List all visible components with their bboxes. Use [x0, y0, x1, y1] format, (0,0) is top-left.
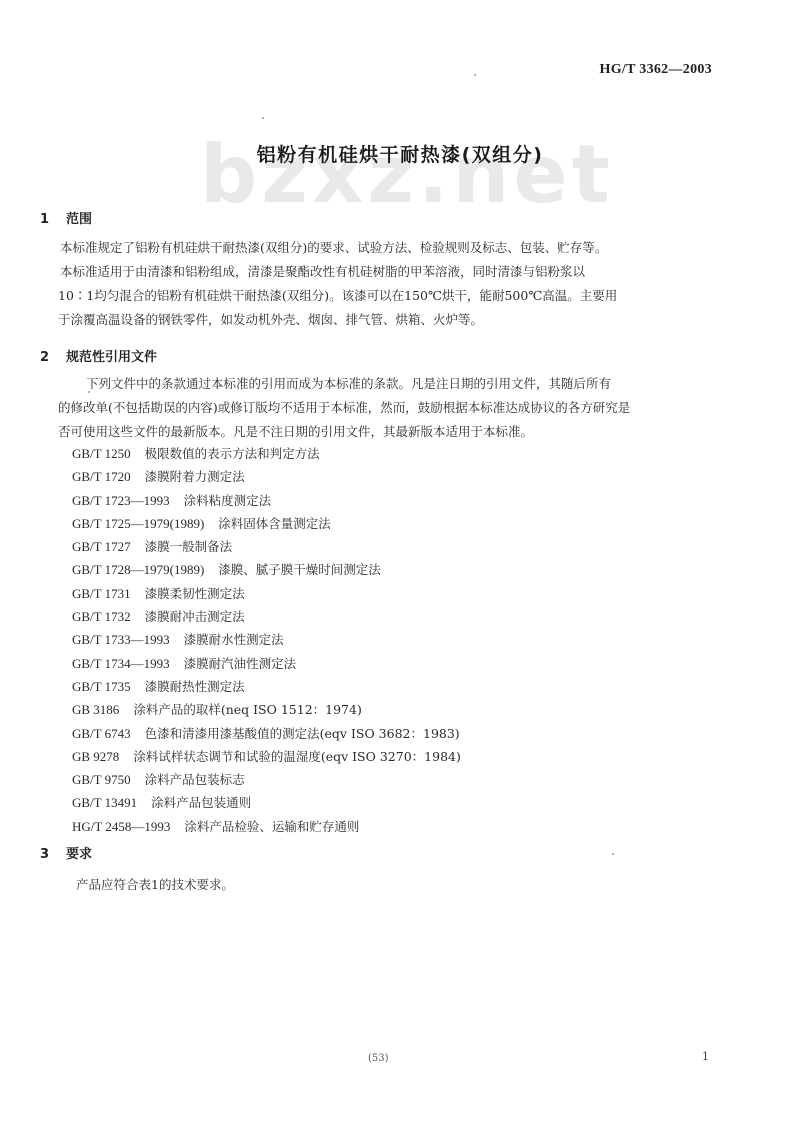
reference-item: GB/T 1734—1993漆膜耐汽油性测定法	[72, 652, 461, 675]
paragraph-line: 下列文件中的条款通过本标准的引用而成为本标准的条款。凡是注日期的引用文件，其随后…	[60, 372, 720, 396]
reference-title: 漆膜耐汽油性测定法	[184, 656, 297, 671]
section-3-body: 产品应符合表1的技术要求。	[76, 875, 234, 893]
section-1-heading: 1范围	[40, 208, 92, 227]
standard-code: HG/T 3362—2003	[600, 62, 712, 78]
reference-code: GB/T 1733—1993	[72, 632, 170, 647]
reference-code: GB/T 1720	[72, 469, 131, 484]
reference-title: 涂料产品的取样(neq ISO 1512：1974)	[133, 702, 362, 717]
paragraph-line: 本标准规定了铝粉有机硅烘干耐热漆(双组分)的要求、试验方法、检验规则及标志、包装…	[60, 236, 720, 260]
reference-item: HG/T 2458—1993涂料产品检验、运输和贮存通则	[72, 815, 461, 838]
paragraph-line: 的修改单(不包括勘误的内容)或修订版均不适用于本标准，然而，鼓励根据本标准达成协…	[58, 396, 720, 420]
section-1-body: 本标准规定了铝粉有机硅烘干耐热漆(双组分)的要求、试验方法、检验规则及标志、包装…	[60, 236, 720, 332]
reference-code: GB/T 13491	[72, 795, 137, 810]
reference-item: GB/T 1727漆膜一般制备法	[72, 535, 461, 558]
reference-code: GB/T 1728—1979(1989)	[72, 562, 204, 577]
reference-item: GB/T 1733—1993漆膜耐水性测定法	[72, 628, 461, 651]
paragraph-line: 否可使用这些文件的最新版本。凡是不注日期的引用文件，其最新版本适用于本标准。	[58, 420, 720, 444]
reference-code: GB 3186	[72, 702, 119, 717]
reference-title: 漆膜、腻子膜干燥时间测定法	[218, 562, 381, 577]
reference-title: 色漆和清漆用漆基酸值的测定法(eqv ISO 3682：1983)	[145, 726, 460, 741]
reference-title: 涂料固体含量测定法	[218, 516, 331, 531]
reference-code: GB/T 1732	[72, 609, 131, 624]
reference-code: GB/T 1725—1979(1989)	[72, 516, 204, 531]
reference-item: GB/T 1731漆膜柔韧性测定法	[72, 582, 461, 605]
reference-title: 涂料产品检验、运输和贮存通则	[184, 819, 359, 834]
section-2-heading: 2规范性引用文件	[40, 346, 157, 365]
scan-speck	[612, 853, 614, 855]
reference-title: 漆膜柔韧性测定法	[145, 586, 245, 601]
reference-item: GB/T 1250极限数值的表示方法和判定方法	[72, 442, 461, 465]
reference-code: GB/T 1727	[72, 539, 131, 554]
section-number: 3	[40, 847, 66, 862]
corner-mark: 1	[702, 1050, 709, 1063]
reference-item: GB/T 1728—1979(1989)漆膜、腻子膜干燥时间测定法	[72, 558, 461, 581]
paragraph-line: 10∶1均匀混合的铝粉有机硅烘干耐热漆(双组分)。该漆可以在150℃烘干，能耐5…	[58, 284, 720, 308]
reference-code: GB/T 1734—1993	[72, 656, 170, 671]
section-title: 要求	[66, 847, 92, 862]
reference-title: 涂料产品包装标志	[145, 772, 245, 787]
reference-code: HG/T 2458—1993	[72, 819, 170, 834]
reference-code: GB/T 9750	[72, 772, 131, 787]
paragraph-line: 于涂覆高温设备的钢铁零件，如发动机外壳、烟囱、排气管、烘箱、火炉等。	[58, 308, 720, 332]
reference-title: 漆膜一般制备法	[145, 539, 233, 554]
reference-item: GB/T 1735漆膜耐热性测定法	[72, 675, 461, 698]
page-number: (53)	[368, 1053, 389, 1064]
reference-title: 漆膜耐热性测定法	[145, 679, 245, 694]
reference-title: 漆膜耐冲击测定法	[145, 609, 245, 624]
section-number: 2	[40, 350, 66, 365]
section-title: 规范性引用文件	[66, 350, 157, 365]
reference-code: GB/T 1735	[72, 679, 131, 694]
reference-code: GB 9278	[72, 749, 119, 764]
reference-item: GB/T 13491涂料产品包装通则	[72, 791, 461, 814]
paragraph-line: 本标准适用于由清漆和铝粉组成，清漆是聚酯改性有机硅树脂的甲苯溶液，同时清漆与铝粉…	[60, 260, 720, 284]
reference-code: GB/T 1723—1993	[72, 493, 170, 508]
reference-item: GB/T 1725—1979(1989)涂料固体含量测定法	[72, 512, 461, 535]
reference-title: 漆膜附着力测定法	[145, 469, 245, 484]
reference-item: GB/T 1720漆膜附着力测定法	[72, 465, 461, 488]
reference-item: GB/T 1732漆膜耐冲击测定法	[72, 605, 461, 628]
reference-title: 极限数值的表示方法和判定方法	[145, 446, 320, 461]
document-title: 铝粉有机硅烘干耐热漆(双组分)	[0, 140, 800, 167]
reference-item: GB/T 1723—1993涂料粘度测定法	[72, 489, 461, 512]
reference-code: GB/T 6743	[72, 726, 131, 741]
reference-title: 涂料试样状态调节和试验的温湿度(eqv ISO 3270：1984)	[133, 749, 461, 764]
section-3-heading: 3要求	[40, 843, 92, 862]
reference-title: 涂料产品包装通则	[151, 795, 251, 810]
section-2-body: 下列文件中的条款通过本标准的引用而成为本标准的条款。凡是注日期的引用文件，其随后…	[60, 372, 720, 444]
normative-references-list: GB/T 1250极限数值的表示方法和判定方法 GB/T 1720漆膜附着力测定…	[72, 442, 461, 838]
section-title: 范围	[66, 212, 92, 227]
document-page: HG/T 3362—2003 bzxz.net 铝粉有机硅烘干耐热漆(双组分) …	[0, 0, 800, 1127]
reference-code: GB/T 1731	[72, 586, 131, 601]
section-number: 1	[40, 212, 66, 227]
reference-title: 漆膜耐水性测定法	[184, 632, 284, 647]
reference-code: GB/T 1250	[72, 446, 131, 461]
reference-item: GB/T 6743色漆和清漆用漆基酸值的测定法(eqv ISO 3682：198…	[72, 722, 461, 745]
scan-speck	[262, 117, 264, 119]
reference-item: GB/T 9750涂料产品包装标志	[72, 768, 461, 791]
reference-title: 涂料粘度测定法	[184, 493, 272, 508]
reference-item: GB 9278涂料试样状态调节和试验的温湿度(eqv ISO 3270：1984…	[72, 745, 461, 768]
reference-item: GB 3186涂料产品的取样(neq ISO 1512：1974)	[72, 698, 461, 721]
scan-speck	[88, 391, 90, 393]
scan-speck	[474, 74, 476, 76]
